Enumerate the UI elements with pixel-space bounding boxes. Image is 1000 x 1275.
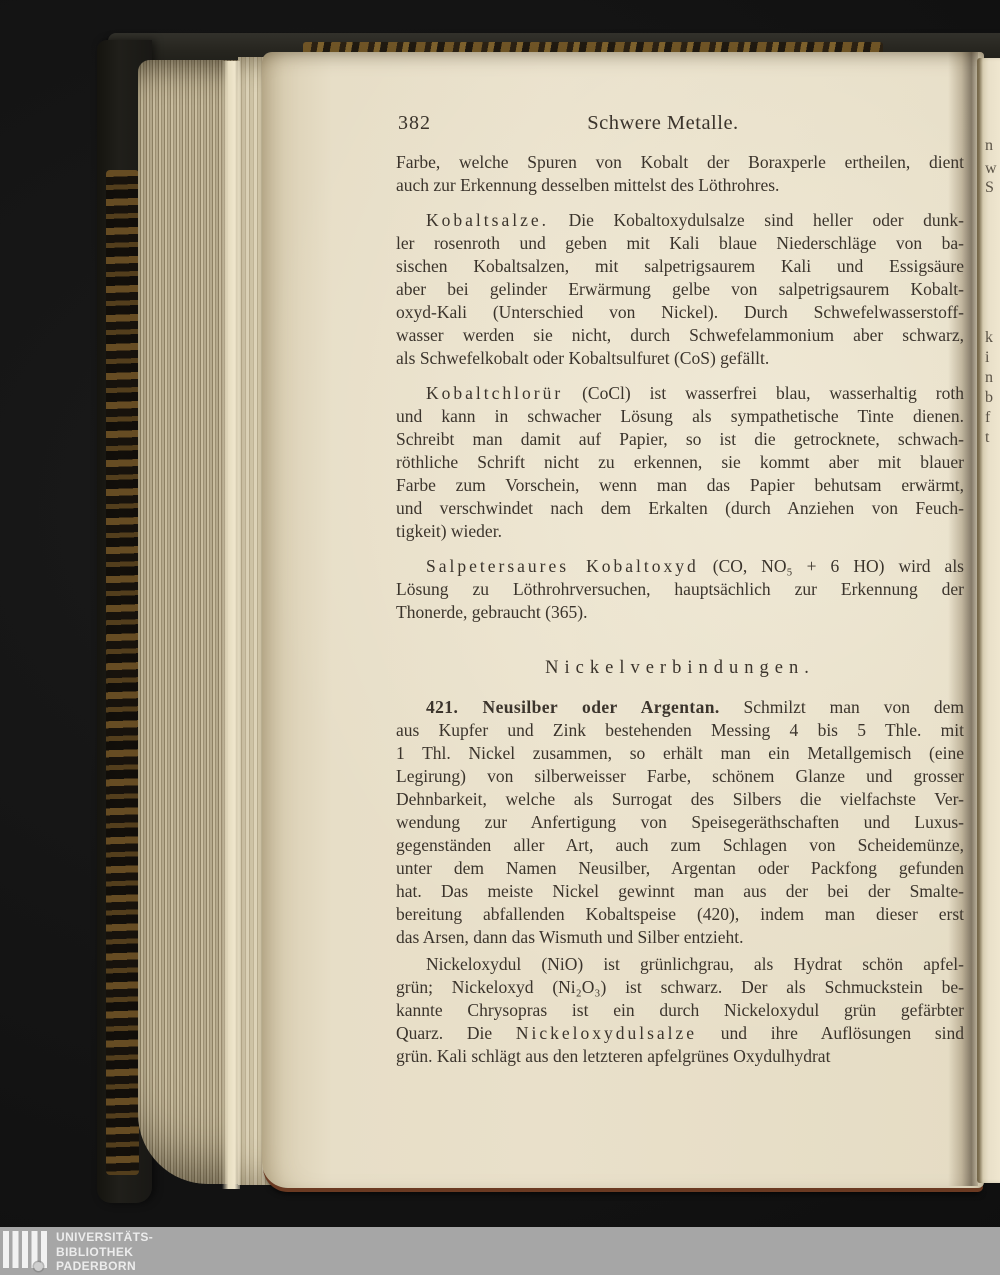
text-line: Kobaltsalze. Die Kobaltoxydulsalze sind … xyxy=(396,209,964,232)
edge-letter-fragment: S xyxy=(985,180,994,196)
paragraph: Kobaltsalze. Die Kobaltoxydulsalze sind … xyxy=(396,209,964,370)
text-line: Schreibt man damit auf Papier, so ist di… xyxy=(396,428,964,451)
text-segment: 421. Neusilber oder Argentan. xyxy=(426,697,720,717)
text-segment: sischen Kobaltsalzen, mit salpetrigsaure… xyxy=(396,256,964,276)
library-name-line: PADERBORN xyxy=(56,1259,153,1274)
text-line: oxyd-Kali (Unterschied von Nickel). Durc… xyxy=(396,301,964,324)
text-segment: als Schwefelkobalt oder Kobaltsulfuret (… xyxy=(396,348,769,368)
edge-letter-fragment: n xyxy=(985,370,993,386)
text-segment: Nickeloxydul (NiO) ist grünlichgrau, als… xyxy=(426,954,964,974)
library-name-line: BIBLIOTHEK xyxy=(56,1245,153,1260)
text-segment: Lösung zu Löthrohrversuchen, hauptsächli… xyxy=(396,579,964,599)
text-segment: kannte Chrysopras ist ein durch Nickelox… xyxy=(396,1000,964,1020)
text-flow: Farbe, welche Spuren von Kobalt der Bora… xyxy=(396,151,964,1068)
text-segment: 1 Thl. Nickel zusammen, so erhält man ei… xyxy=(396,743,964,763)
text-line: Nickeloxydul (NiO) ist grünlichgrau, als… xyxy=(396,953,964,976)
page-header: 382 Schwere Metalle. xyxy=(396,112,964,140)
text-segment: Quarz. Die xyxy=(396,1023,516,1043)
library-stamp-band: UNIVERSITÄTS- BIBLIOTHEK PADERBORN xyxy=(0,1227,1000,1275)
text-segment: Nickeloxydulsalze xyxy=(516,1023,697,1043)
edge-letter-fragment: w xyxy=(985,161,997,177)
text-line: das Arsen, dann das Wismuth und Silber e… xyxy=(396,926,964,949)
text-segment: unter dem Namen Neusilber, Argentan oder… xyxy=(396,858,964,878)
edge-letter-fragment: i xyxy=(985,350,989,366)
text-line: Salpetersaures Kobaltoxyd (CO, NO₅ + 6 H… xyxy=(396,555,964,578)
text-line: kannte Chrysopras ist ein durch Nickelox… xyxy=(396,999,964,1022)
text-segment: und verschwindet nach dem Erkalten (durc… xyxy=(396,498,964,518)
text-segment: Dehnbarkeit, welche als Surrogat des Sil… xyxy=(396,789,964,809)
library-name-line: UNIVERSITÄTS- xyxy=(56,1230,153,1245)
text-line: Kobaltchlorür (CoCl) ist wasserfrei blau… xyxy=(396,382,964,405)
paragraph: 421. Neusilber oder Argentan. Schmilzt m… xyxy=(396,696,964,949)
text-line: wendung zur Anfertigung von Speisegeräth… xyxy=(396,811,964,834)
text-line: 421. Neusilber oder Argentan. Schmilzt m… xyxy=(396,696,964,719)
text-line: tigkeit) wieder. xyxy=(396,520,964,543)
edge-letter-fragment: f xyxy=(985,410,990,426)
text-line: Quarz. Die Nickeloxydulsalze und ihre Au… xyxy=(396,1022,964,1045)
paragraph: Kobaltchlorür (CoCl) ist wasserfrei blau… xyxy=(396,382,964,543)
text-line: hat. Das meiste Nickel gewinnt man aus d… xyxy=(396,880,964,903)
text-line: unter dem Namen Neusilber, Argentan oder… xyxy=(396,857,964,880)
text-line: aus Kupfer und Zink bestehenden Messing … xyxy=(396,719,964,742)
text-segment: gegenständen aller Art, auch zum Schlage… xyxy=(396,835,964,855)
paragraph: Farbe, welche Spuren von Kobalt der Bora… xyxy=(396,151,964,197)
cover-mottled-leather xyxy=(106,170,139,1175)
text-line: Farbe zum Vorschein, wenn man das Papier… xyxy=(396,474,964,497)
text-line: auch zur Erkennung desselben mittelst de… xyxy=(396,174,964,197)
text-line: als Schwefelkobalt oder Kobaltsulfuret (… xyxy=(396,347,964,370)
text-line: Lösung zu Löthrohrversuchen, hauptsächli… xyxy=(396,578,964,601)
text-segment: Legirung) von silberweisser Farbe, schön… xyxy=(396,766,964,786)
text-segment: Farbe zum Vorschein, wenn man das Papier… xyxy=(396,475,964,495)
text-segment: tigkeit) wieder. xyxy=(396,521,502,541)
text-segment: Kobaltsalze. xyxy=(426,210,549,230)
text-line: bereitung abfallenden Kobaltspeise (420)… xyxy=(396,903,964,926)
library-name: UNIVERSITÄTS- BIBLIOTHEK PADERBORN xyxy=(56,1230,153,1274)
text-line: 1 Thl. Nickel zusammen, so erhält man ei… xyxy=(396,742,964,765)
library-logo-dot-icon xyxy=(34,1262,43,1271)
text-line: ler rosenroth und geben mit Kali blaue N… xyxy=(396,232,964,255)
page-text-block: 382 Schwere Metalle. Farbe, welche Spure… xyxy=(396,112,964,1068)
text-segment: Schmilzt man von dem xyxy=(720,697,964,717)
text-segment: das Arsen, dann das Wismuth und Silber e… xyxy=(396,927,743,947)
text-segment: und kann in schwacher Lösung als sympath… xyxy=(396,406,964,426)
text-segment: Kobaltchlorür xyxy=(426,383,563,403)
text-segment: Schreibt man damit auf Papier, so ist di… xyxy=(396,429,964,449)
text-line: aber bei gelinder Erwärmung gelbe von sa… xyxy=(396,278,964,301)
text-segment: (CO, NO₅ + 6 HO) wird als xyxy=(699,556,964,576)
next-page-edge: nwSkinbft xyxy=(977,58,1000,1183)
text-segment: (CoCl) ist wasserfrei blau, wasserhaltig… xyxy=(563,383,964,403)
text-line: grün; Nickeloxyd (Ni₂O₃) ist schwarz. De… xyxy=(396,976,964,999)
text-line: und kann in schwacher Lösung als sympath… xyxy=(396,405,964,428)
section-heading: Nickelverbindungen. xyxy=(396,657,964,680)
text-line: grün. Kali schlägt aus den letzteren apf… xyxy=(396,1045,964,1068)
paragraph: Salpetersaures Kobaltoxyd (CO, NO₅ + 6 H… xyxy=(396,555,964,624)
text-segment: Salpetersaures Kobaltoxyd xyxy=(426,556,699,576)
text-segment: Die Kobaltoxydulsalze sind heller oder d… xyxy=(549,210,964,230)
text-line: gegenständen aller Art, auch zum Schlage… xyxy=(396,834,964,857)
text-line: röthliche Schrift nicht zu erkennen, sie… xyxy=(396,451,964,474)
text-line: Legirung) von silberweisser Farbe, schön… xyxy=(396,765,964,788)
text-segment: Farbe, welche Spuren von Kobalt der Bora… xyxy=(396,152,964,172)
text-line: und verschwindet nach dem Erkalten (durc… xyxy=(396,497,964,520)
edge-letter-fragment: t xyxy=(985,430,989,446)
text-segment: aus Kupfer und Zink bestehenden Messing … xyxy=(396,720,964,740)
scanned-book-photo: { "scan": { "colors": { "paper": "#e9e0c… xyxy=(0,0,1000,1275)
text-segment: auch zur Erkennung desselben mittelst de… xyxy=(396,175,779,195)
text-segment: grün; Nickeloxyd (Ni₂O₃) ist schwarz. De… xyxy=(396,977,964,997)
text-segment: aber bei gelinder Erwärmung gelbe von sa… xyxy=(396,279,964,299)
running-title: Schwere Metalle. xyxy=(587,112,738,135)
edge-letter-fragment: n xyxy=(985,138,993,154)
text-segment: Thonerde, gebraucht (365). xyxy=(396,602,587,622)
edge-letter-fragment: k xyxy=(985,330,993,346)
text-segment: wendung zur Anfertigung von Speisegeräth… xyxy=(396,812,964,832)
text-line: sischen Kobaltsalzen, mit salpetrigsaure… xyxy=(396,255,964,278)
paragraph: Nickeloxydul (NiO) ist grünlichgrau, als… xyxy=(396,953,964,1068)
text-segment: röthliche Schrift nicht zu erkennen, sie… xyxy=(396,452,964,472)
text-segment: wasser werden sie nicht, durch Schwefela… xyxy=(396,325,964,345)
text-segment: ler rosenroth und geben mit Kali blaue N… xyxy=(396,233,964,253)
text-segment: oxyd-Kali (Unterschied von Nickel). Durc… xyxy=(396,302,964,322)
edge-letter-fragment: b xyxy=(985,390,993,406)
text-segment: und ihre Auflösungen sind xyxy=(697,1023,964,1043)
text-segment: grün. Kali schlägt aus den letzteren apf… xyxy=(396,1046,830,1066)
text-line: wasser werden sie nicht, durch Schwefela… xyxy=(396,324,964,347)
text-segment: bereitung abfallenden Kobaltspeise (420)… xyxy=(396,904,964,924)
text-line: Thonerde, gebraucht (365). xyxy=(396,601,964,624)
text-line: Farbe, welche Spuren von Kobalt der Bora… xyxy=(396,151,964,174)
text-line: Dehnbarkeit, welche als Surrogat des Sil… xyxy=(396,788,964,811)
page-number: 382 xyxy=(398,112,431,135)
text-segment: hat. Das meiste Nickel gewinnt man aus d… xyxy=(396,881,964,901)
